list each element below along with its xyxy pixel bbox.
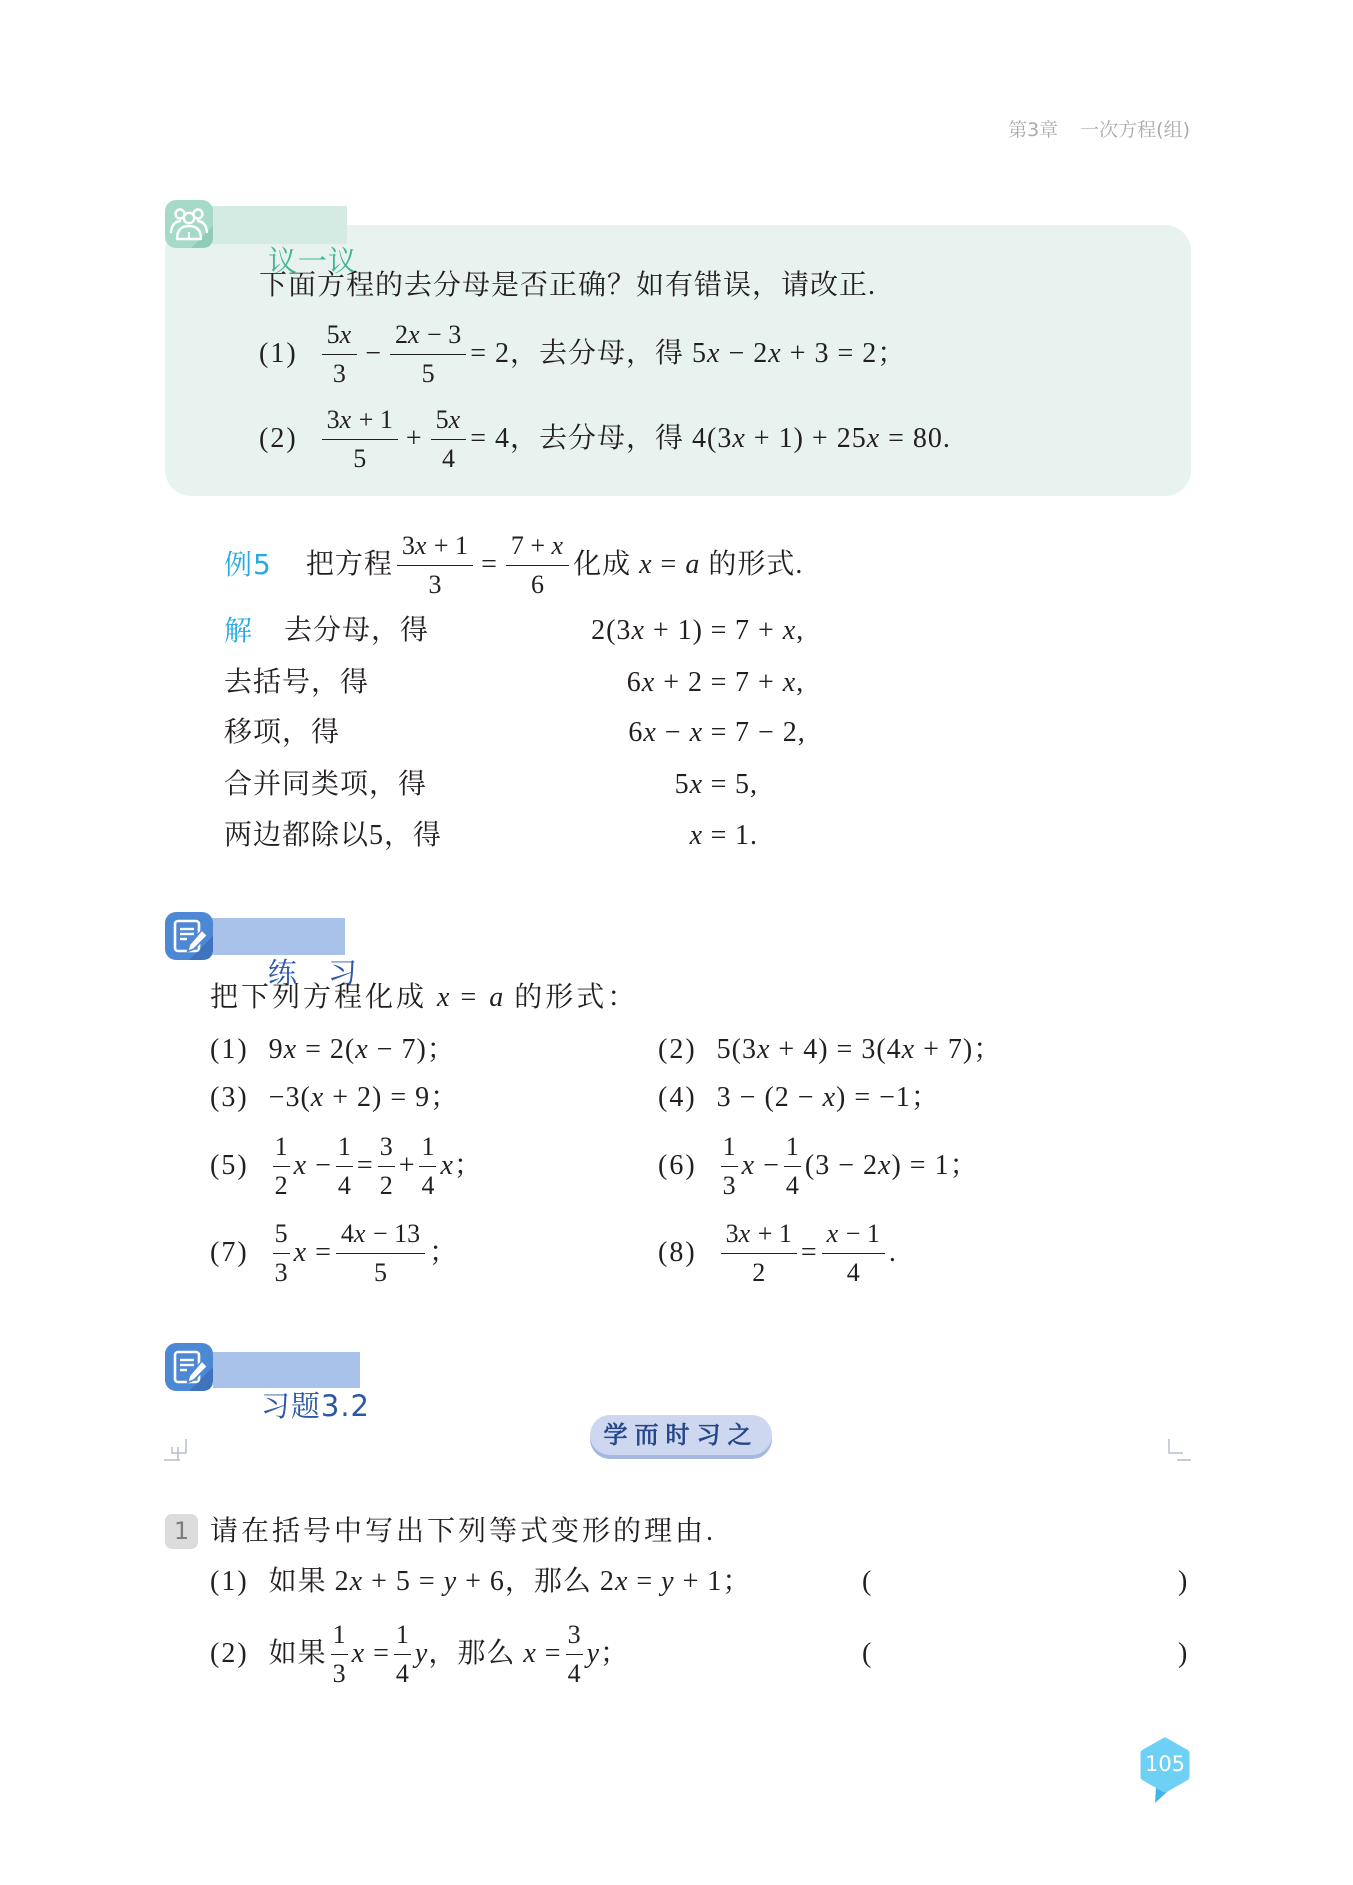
item-number: (6) (658, 1146, 697, 1186)
practice-item: (8) 3x + 1 2 = x − 1 4 . (658, 1213, 897, 1293)
exercise-label: 习题3.2 (261, 1389, 370, 1423)
denominator: 2 (721, 1254, 797, 1289)
item-number: (5) (210, 1146, 249, 1186)
numerator: 3x + 1 (397, 530, 473, 566)
equation-text: x = (352, 1634, 390, 1674)
denominator: 3 (273, 1254, 290, 1289)
numerator: 1 (419, 1131, 436, 1167)
equation-text: ； (429, 1233, 458, 1273)
numerator: 1 (394, 1619, 411, 1655)
textbook-page: 第3章一次方程(组) 议一议 下面方程的去分母是否正确？如有错误，请改正. (1… (0, 0, 1353, 1885)
chapter-title: 一次方程(组) (1080, 119, 1190, 141)
numerator: 1 (784, 1131, 801, 1167)
numerator: 3 (378, 1131, 395, 1167)
step-lhs: 2(3x + 1) (500, 611, 703, 651)
answer-blank-open: ( (862, 1634, 872, 1674)
practice-item: (1) 9x = 2(x − 7)； (210, 1030, 456, 1070)
pencil-note-icon (165, 1343, 213, 1391)
equation-text: y，那么 x = (415, 1634, 562, 1674)
solution-step: 解 去分母，得 2(3x + 1) = 7 + x, (0, 611, 1353, 651)
discuss-prompt: 下面方程的去分母是否正确？如有错误，请改正. (259, 266, 876, 306)
fraction: x − 1 4 (822, 1218, 885, 1289)
equation-text: −3(x + 2) = 9； (269, 1078, 459, 1118)
equation-text: = 2，去分母，得 5x − 2x + 3 = 2； (470, 334, 906, 374)
denominator: 4 (822, 1254, 885, 1289)
people-group-icon (165, 200, 213, 248)
numerator: 5x (322, 319, 358, 355)
chapter-number: 第3章 (1008, 119, 1058, 141)
item-number: (1) (259, 334, 298, 374)
equation-text: x = (294, 1233, 332, 1273)
equation-text: x − (294, 1146, 332, 1186)
problem-part: (2) 如果 1 3 x = 1 4 y，那么 x = 3 4 y； (210, 1614, 629, 1694)
denominator: 5 (336, 1254, 425, 1289)
step-description: 去括号，得 (224, 663, 369, 703)
fraction: 1 3 (331, 1619, 348, 1690)
equation-text: 如果 (269, 1634, 327, 1674)
page-number: 105 (1138, 1750, 1192, 1778)
denominator: 3 (721, 1167, 738, 1202)
equation-text: y； (587, 1634, 629, 1674)
example-tail-text: 化成 x = a 的形式. (573, 545, 803, 585)
equals-sign: = (481, 545, 498, 585)
denominator: 5 (390, 355, 466, 390)
fraction: 3 4 (566, 1619, 583, 1690)
item-number: (2) (210, 1634, 249, 1674)
step-rhs: 7 − 2, (735, 713, 806, 753)
step-rhs: 7 + x, (735, 611, 804, 651)
fraction: 7 + x 6 (506, 530, 569, 601)
numerator: 2x − 3 (390, 319, 466, 355)
equation-text: 9x = 2(x − 7)； (269, 1030, 456, 1070)
equation-text: x − (742, 1146, 780, 1186)
fraction: 3x + 1 2 (721, 1218, 797, 1289)
step-rhs: 7 + x, (735, 663, 804, 703)
fraction: 1 4 (419, 1131, 436, 1202)
step-lhs: x (500, 816, 703, 856)
operator: + (399, 1146, 416, 1186)
fraction: 1 4 (394, 1619, 411, 1690)
fraction: 1 4 (784, 1131, 801, 1202)
example-label: 例5 (224, 545, 272, 585)
step-lhs: 6x + 2 (500, 663, 703, 703)
solution-step: 两边都除以5，得 x = 1. (0, 816, 1353, 856)
denominator: 4 (566, 1655, 583, 1690)
step-description: 移项，得 (224, 713, 340, 753)
equals-sign: = (357, 1146, 374, 1186)
page-number-badge: 105 (1138, 1737, 1192, 1805)
item-number: (7) (210, 1233, 249, 1273)
numerator: 1 (336, 1131, 353, 1167)
step-rhs: 5, (735, 765, 758, 805)
numerator: 4x − 13 (336, 1218, 425, 1254)
solution-step: 去括号，得 6x + 2 = 7 + x, (0, 663, 1353, 703)
problem-prompt: 请在括号中写出下列等式变形的理由. (210, 1512, 716, 1552)
pencil-note-icon (165, 912, 213, 960)
practice-banner: 练 习 (212, 918, 345, 955)
item-number: (2) (259, 419, 298, 459)
numerator: 5 (273, 1218, 290, 1254)
equals-sign: = (801, 1233, 818, 1273)
example-lead-text: 把方程 (306, 545, 393, 585)
step-lhs: 5x (500, 765, 703, 805)
practice-item: (4) 3 − (2 − x) = −1； (658, 1078, 940, 1118)
denominator: 4 (336, 1167, 353, 1202)
fraction: 1 3 (721, 1131, 738, 1202)
item-number: (1) (210, 1562, 249, 1602)
item-number: (1) (210, 1030, 249, 1070)
step-description: 两边都除以5，得 (224, 816, 442, 856)
equation-text: x； (440, 1146, 482, 1186)
denominator: 4 (419, 1167, 436, 1202)
denominator: 6 (506, 566, 569, 601)
solution-step: 合并同类项，得 5x = 5, (0, 765, 1353, 805)
fraction: 1 4 (336, 1131, 353, 1202)
crop-mark-right-icon (1160, 1435, 1194, 1465)
item-number: (8) (658, 1233, 697, 1273)
discuss-item: (2) 3x + 1 5 + 5x 4 = 4，去分母，得 4(3x + 1) … (259, 399, 951, 479)
fraction: 5x 3 (322, 319, 358, 390)
equation-text: 3 − (2 − x) = −1； (717, 1078, 940, 1118)
numerator: 1 (331, 1619, 348, 1655)
denominator: 2 (273, 1167, 290, 1202)
item-number: (2) (658, 1030, 697, 1070)
fraction: 2x − 3 5 (390, 319, 466, 390)
denominator: 2 (378, 1167, 395, 1202)
fraction: 5 3 (273, 1218, 290, 1289)
step-lhs: 6x − x (500, 713, 703, 753)
practice-item: (7) 5 3 x = 4x − 13 5 ； (210, 1213, 458, 1293)
crop-mark-left-icon (160, 1435, 194, 1465)
denominator: 5 (322, 440, 398, 475)
denominator: 4 (784, 1167, 801, 1202)
step-relation: = (703, 816, 735, 856)
item-number: (3) (210, 1078, 249, 1118)
denominator: 3 (331, 1655, 348, 1690)
item-number: (4) (658, 1078, 697, 1118)
exercise-banner: 习题3.2 (213, 1352, 360, 1388)
equation-text: 5(3x + 4) = 3(4x + 7)； (717, 1030, 1003, 1070)
denominator: 4 (394, 1655, 411, 1690)
numerator: 5x (431, 404, 467, 440)
step-relation: = (703, 663, 735, 703)
study-level-badge: 学而时习之 (590, 1415, 772, 1455)
answer-blank-open: ( (862, 1562, 872, 1602)
answer-blank-close: ) (1178, 1562, 1188, 1602)
equation-text: = 4，去分母，得 4(3x + 1) + 25x = 80. (470, 419, 951, 459)
running-header: 第3章一次方程(组) (1008, 117, 1190, 143)
fraction: 1 2 (273, 1131, 290, 1202)
discuss-banner: 议一议 (212, 206, 347, 244)
operator: − (365, 334, 382, 374)
problem-part: (1) 如果 2x + 5 = y + 6，那么 2x = y + 1； (210, 1562, 751, 1602)
discuss-item: (1) 5x 3 − 2x − 3 5 = 2，去分母，得 5x − 2x + … (259, 314, 906, 394)
numerator: 3x + 1 (322, 404, 398, 440)
solution-step: 移项，得 6x − x = 7 − 2, (0, 713, 1353, 753)
denominator: 3 (322, 355, 358, 390)
fraction: 5x 4 (431, 404, 467, 475)
answer-blank-close: ) (1178, 1634, 1188, 1674)
operator: + (406, 419, 423, 459)
practice-item: (2) 5(3x + 4) = 3(4x + 7)； (658, 1030, 1002, 1070)
numerator: 7 + x (506, 530, 569, 566)
solution-label: 解 (224, 611, 253, 651)
numerator: x − 1 (822, 1218, 885, 1254)
practice-item: (3) −3(x + 2) = 9； (210, 1078, 459, 1118)
step-description: 去分母，得 (284, 611, 429, 651)
fraction: 3x + 1 5 (322, 404, 398, 475)
fraction: 4x − 13 5 (336, 1218, 425, 1289)
numerator: 3 (566, 1619, 583, 1655)
practice-prompt: 把下列方程化成 x = a 的形式： (210, 978, 638, 1018)
fraction: 3x + 1 3 (397, 530, 473, 601)
problem-number-badge: 1 (165, 1514, 198, 1549)
step-relation: = (703, 713, 735, 753)
denominator: 3 (397, 566, 473, 601)
equation-text: (3 − 2x) = 1； (805, 1146, 979, 1186)
practice-item: (6) 1 3 x − 1 4 (3 − 2x) = 1； (658, 1126, 979, 1206)
numerator: 3x + 1 (721, 1218, 797, 1254)
step-relation: = (703, 611, 735, 651)
fraction: 3 2 (378, 1131, 395, 1202)
practice-item: (5) 1 2 x − 1 4 = 3 2 + 1 4 x； (210, 1126, 483, 1206)
denominator: 4 (431, 440, 467, 475)
step-description: 合并同类项，得 (224, 765, 427, 805)
numerator: 1 (273, 1131, 290, 1167)
step-relation: = (703, 765, 735, 805)
example-statement: 例5 把方程 3x + 1 3 = 7 + x 6 化成 x = a 的形式. (224, 525, 803, 605)
step-rhs: 1. (735, 816, 758, 856)
equation-text: 如果 2x + 5 = y + 6，那么 2x = y + 1； (269, 1562, 752, 1602)
numerator: 1 (721, 1131, 738, 1167)
equation-text: . (889, 1233, 897, 1273)
